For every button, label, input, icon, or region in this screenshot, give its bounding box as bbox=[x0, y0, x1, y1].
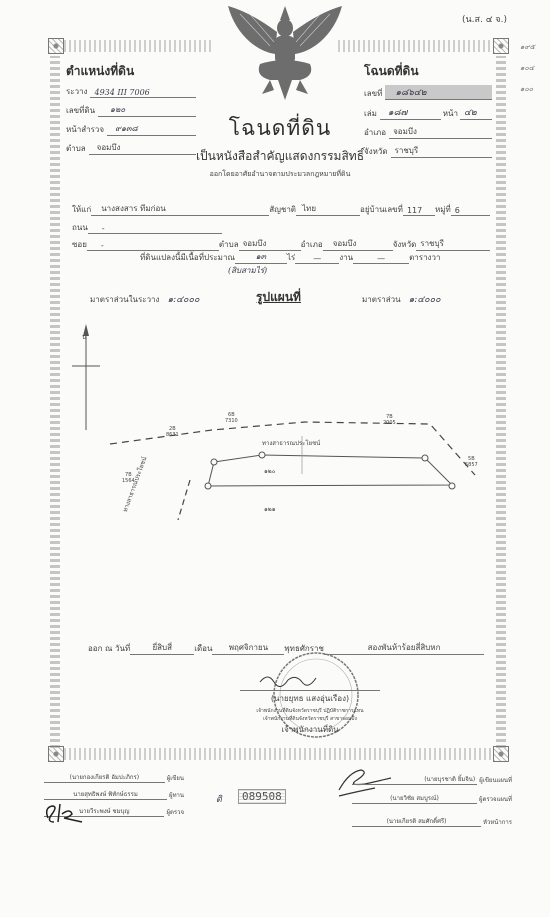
handwritten-initials-icon bbox=[42, 800, 88, 826]
top-border-band bbox=[338, 40, 493, 52]
signatory-row: (นายเกียรติ สมศักดิ์ศรี) หัวหน้าการ bbox=[352, 816, 512, 827]
field-survey-sheet: ระวาง 4934 III 7006 bbox=[66, 85, 196, 98]
official-signature-block: (นายยุทธ แสงอุ่นเรือง) เจ้าพนักงานที่ดิน… bbox=[240, 690, 380, 736]
field-label: เลขที่ bbox=[364, 87, 382, 100]
signatory-name: (นายวิชัย สมบูรณ์) bbox=[352, 793, 477, 804]
owner-house-number: 117 bbox=[403, 206, 435, 216]
label-wa: ตารางวา bbox=[409, 251, 440, 264]
margin-note: ๑๐๐ bbox=[520, 84, 535, 95]
border-corner-ornament bbox=[48, 38, 64, 54]
title-block: โฉนดที่ดิน เป็นหนังสือสำคัญแสดงกรรมสิทธิ… bbox=[190, 112, 370, 180]
label-issued-on: ออก ณ วันที่ bbox=[88, 642, 130, 655]
label-nationality: สัญชาติ bbox=[269, 203, 296, 216]
issue-day: ยี่สิบสี่ bbox=[130, 641, 194, 655]
area-wa: — bbox=[353, 254, 409, 264]
border-corner-ornament bbox=[48, 746, 64, 762]
owner-nationality: ไทย bbox=[296, 202, 360, 216]
scale-right-label: มาตราส่วน bbox=[362, 293, 401, 306]
signatory-name: (นายเกียรติ สมศักดิ์ศรี) bbox=[352, 816, 481, 827]
parcel-map bbox=[100, 400, 480, 550]
field-value: ๑๘๗ bbox=[380, 105, 441, 120]
field-province: จังหวัด ราชบุรี bbox=[364, 144, 492, 158]
label-road: ถนน bbox=[72, 221, 88, 234]
marker-label-e: 5B 5857 bbox=[465, 456, 478, 468]
marker-number: 2005 bbox=[383, 420, 396, 426]
official-position-line2: เจ้าพนักงานที่ดินจังหวัดราชบุรี สาขาจอมบ… bbox=[240, 715, 380, 723]
field-value: จอมบึง bbox=[89, 141, 196, 155]
label-moo: หมู่ที่ bbox=[435, 203, 451, 216]
label-rai: ไร่ bbox=[287, 251, 295, 264]
signatory-row: (นายบุรชาติ ยิ้มจิน) ผู้เขียนแผนที่ bbox=[352, 774, 512, 785]
marker-label-ne: 7B 2005 bbox=[383, 414, 396, 426]
adjacent-parcel-label: ๑๒๑ bbox=[264, 504, 276, 514]
field-value: ราชบุรี bbox=[391, 144, 492, 158]
signatory-name: (นายบุรชาติ ยิ้มจิน) bbox=[352, 774, 477, 785]
land-location-section: ตำแหน่งที่ดิน ระวาง 4934 III 7006 เลขที่… bbox=[66, 62, 196, 155]
deed-info-section: โฉนดที่ดิน เลขที่ ๑๘๖๔๒ เล่ม ๑๘๗ หน้า ๔๒… bbox=[364, 62, 492, 158]
signatory-role: ผู้เขียน bbox=[167, 773, 184, 783]
owner-section: ให้แก่ นางสงสาร ทีมก่อน สัญชาติ ไทย อยู่… bbox=[72, 202, 490, 251]
official-signature-icon bbox=[258, 670, 318, 688]
owner-row-1: ให้แก่ นางสงสาร ทีมก่อน สัญชาติ ไทย อยู่… bbox=[72, 202, 490, 216]
scale-left: มาตราส่วนในระวาง ๑:๔๐๐๐ bbox=[90, 292, 200, 306]
label-house-number: อยู่บ้านเลขที่ bbox=[360, 203, 403, 216]
parcel-number-label: ๑๒๐ bbox=[264, 466, 275, 476]
owner-amphoe: จอมบึง bbox=[323, 237, 393, 251]
area-rai: ๑๓ bbox=[235, 250, 287, 264]
right-border-band bbox=[496, 56, 506, 748]
signatory-row: (นายกองเกียรติ อัมปะภิกร) ผู้เขียน bbox=[44, 772, 184, 783]
document-authority: ออกโดยอาศัยอำนาจตามประมวลกฎหมายที่ดิน bbox=[190, 169, 370, 180]
owner-row-2: ถนน - bbox=[72, 221, 490, 234]
field-value: จอมบึง bbox=[389, 125, 492, 139]
signatory-name: นายสุทธิพงษ์ พิทักษ์ธรรม bbox=[44, 789, 167, 800]
document-subtitle: เป็นหนังสือสำคัญแสดงกรรมสิทธิ์ bbox=[190, 147, 370, 166]
owner-province: ราชบุรี bbox=[416, 237, 490, 251]
margin-note: ๑๐๔ bbox=[520, 63, 535, 74]
marker-number: 5857 bbox=[465, 462, 478, 468]
border-corner-ornament bbox=[493, 746, 509, 762]
label-to: ให้แก่ bbox=[72, 203, 91, 216]
marker-label-n: 6B 7310 bbox=[225, 412, 238, 424]
road-top-label: ทางสาธารณประโยชน์ bbox=[262, 438, 320, 448]
area-row: ที่ดินแปลงนี้มีเนื้อที่ประมาณ ๑๓ ไร่ — ง… bbox=[140, 250, 440, 264]
owner-tambon: จอมบึง bbox=[239, 237, 301, 251]
border-corner-ornament bbox=[493, 38, 509, 54]
area-in-words: (สิบสามไร่) bbox=[228, 264, 267, 277]
field-value: ๔๒ bbox=[460, 105, 492, 120]
field-label: หน้า bbox=[443, 107, 458, 120]
signatory-row: นายสุทธิพงษ์ พิทักษ์ธรรม ผู้ทาน bbox=[44, 789, 184, 800]
field-label: เลขที่ดิน bbox=[66, 104, 95, 117]
owner-moo: 6 bbox=[451, 206, 490, 216]
marker-label-nw: 2B 8631 bbox=[166, 426, 179, 438]
serial-number: 089508 bbox=[238, 789, 286, 804]
field-value: ๑๘๖๔๒ bbox=[385, 85, 492, 100]
signatory-role: หัวหน้าการ bbox=[483, 817, 512, 827]
signatory-row: (นายวิชัย สมบูรณ์) ผู้ตรวจแผนที่ bbox=[352, 793, 512, 804]
initials-mark: ดิ bbox=[216, 792, 222, 806]
scale-right-value: ๑:๔๐๐๐ bbox=[409, 292, 441, 306]
field-label: ตำบล bbox=[66, 142, 86, 155]
field-survey-page: หน้าสำรวจ ๙๑๓๘ bbox=[66, 122, 196, 136]
field-amphoe: อำเภอ จอมบึง bbox=[364, 125, 492, 139]
official-name: (นายยุทธ แสงอุ่นเรือง) bbox=[240, 690, 380, 705]
label-ngan: งาน bbox=[339, 251, 353, 264]
left-border-band bbox=[50, 56, 60, 748]
owner-row-3: ซอย - ตำบล จอมบึง อำเภอ จอมบึง จังหวัด ร… bbox=[72, 237, 490, 251]
map-heading: รูปแผนที่ bbox=[256, 288, 301, 307]
field-land-number: เลขที่ดิน ๑๒๐ bbox=[66, 103, 196, 117]
location-heading: ตำแหน่งที่ดิน bbox=[66, 62, 196, 81]
owner-road: - bbox=[88, 224, 222, 234]
owner-name: นางสงสาร ทีมก่อน bbox=[91, 202, 269, 216]
document-title: โฉนดที่ดิน bbox=[190, 112, 370, 145]
deed-heading: โฉนดที่ดิน bbox=[364, 62, 492, 81]
field-volume-page: เล่ม ๑๘๗ หน้า ๔๒ bbox=[364, 105, 492, 120]
scale-left-value: ๑:๔๐๐๐ bbox=[167, 292, 199, 306]
field-value: 4934 III 7006 bbox=[90, 88, 196, 98]
scale-left-label: มาตราส่วนในระวาง bbox=[90, 293, 159, 306]
scale-right: มาตราส่วน ๑:๔๐๐๐ bbox=[362, 292, 441, 306]
field-tambon: ตำบล จอมบึง bbox=[66, 141, 196, 155]
official-position-line1: เจ้าพนักงานที่ดินจังหวัดราชบุรี ปฏิบัติร… bbox=[240, 707, 380, 715]
field-label: ระวาง bbox=[66, 85, 87, 98]
signatory-role: ผู้เขียนแผนที่ bbox=[479, 775, 512, 785]
north-label: น bbox=[82, 332, 87, 343]
label-soi: ซอย bbox=[72, 238, 87, 251]
form-code: (น.ส. ๔ จ.) bbox=[462, 12, 507, 26]
margin-notes: ๑๙๕ ๑๐๔ ๑๐๐ bbox=[520, 42, 535, 95]
field-value: ๑๒๐ bbox=[98, 103, 196, 117]
signatory-role: ผู้ตรวจแผนที่ bbox=[479, 794, 512, 804]
garuda-emblem-icon bbox=[220, 2, 350, 102]
field-label: หน้าสำรวจ bbox=[66, 123, 104, 136]
marker-number: 8631 bbox=[166, 432, 179, 438]
label-month: เดือน bbox=[194, 642, 212, 655]
signatory-name: (นายกองเกียรติ อัมปะภิกร) bbox=[44, 772, 165, 783]
area-label: ที่ดินแปลงนี้มีเนื้อที่ประมาณ bbox=[140, 251, 235, 264]
field-deed-number: เลขที่ ๑๘๖๔๒ bbox=[364, 85, 492, 100]
area-ngan: — bbox=[295, 254, 339, 264]
bottom-right-signatories: (นายบุรชาติ ยิ้มจิน) ผู้เขียนแผนที่ (นาย… bbox=[352, 774, 512, 827]
top-border-band bbox=[64, 40, 214, 52]
marker-number: 7310 bbox=[225, 418, 238, 424]
margin-note: ๑๙๕ bbox=[520, 42, 535, 53]
signatory-role: ผู้ทาน bbox=[169, 790, 184, 800]
field-value: ๙๑๓๘ bbox=[107, 122, 196, 136]
official-title: เจ้าพนักงานที่ดิน bbox=[240, 723, 380, 736]
signatory-role: ผู้ตรวจ bbox=[166, 807, 184, 817]
